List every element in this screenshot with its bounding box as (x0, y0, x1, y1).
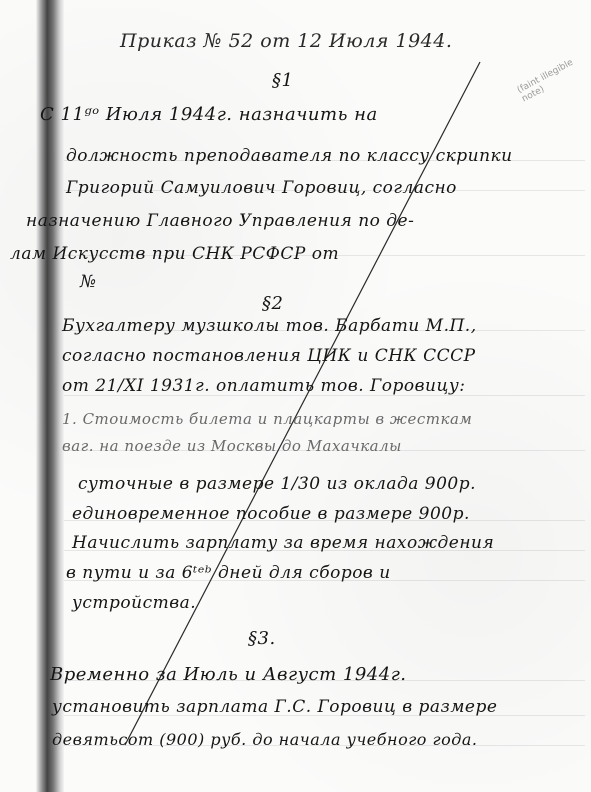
section-2-line: Бухгалтеру музшколы тов. Барбати М.П., (62, 316, 477, 336)
section-1-line: назначению Главного Управления по де- (26, 211, 414, 231)
section-2-line: Начислить зарплату за время нахождения (72, 533, 494, 553)
section-2-line: суточные в размере 1/30 из оклада 900р. (78, 474, 476, 494)
section-2-line: единовременное пособие в размере 900р. (72, 504, 470, 524)
margin-note: (faint illegible note) (516, 52, 591, 105)
section-1-line: С 11ᵍᵒ Июля 1944г. назначить на (40, 104, 378, 125)
section-1-line: должность преподавателя по классу скрипк… (66, 146, 513, 166)
section-mark-3: §3. (248, 628, 276, 649)
section-2-line: устройства. (72, 593, 196, 613)
section-2-line: 1. Стоимость билета и плацкарты в жестка… (62, 410, 472, 428)
section-3-line: установить зарплата Г.С. Горовиц в разме… (52, 697, 497, 717)
section-2-line: ваг. на поезде из Москвы до Махачкалы (62, 437, 402, 455)
document-page: (faint illegible note) Приказ № 52 от 12… (0, 0, 591, 792)
section-2-line: от 21/XI 1931г. оплатить тов. Горовицу: (62, 376, 465, 396)
section-1-line: лам Искусств при СНК РСФСР от (10, 244, 339, 264)
section-mark-2: §2 (262, 293, 283, 314)
section-1-line: № (80, 272, 97, 292)
order-header: Приказ № 52 от 12 Июля 1944. (120, 30, 452, 52)
section-2-line: согласно постановления ЦИК и СНК СССР (62, 346, 476, 366)
section-3-line: Временно за Июль и Август 1944г. (50, 664, 407, 685)
section-mark-1: §1 (272, 70, 293, 91)
section-1-line: Григорий Самуилович Горовиц, согласно (66, 178, 457, 198)
section-2-line: в пути и за 6ᵗᵉᵇ дней для сборов и (66, 563, 391, 583)
section-3-line: девятьсот (900) руб. до начала учебного … (52, 730, 478, 749)
